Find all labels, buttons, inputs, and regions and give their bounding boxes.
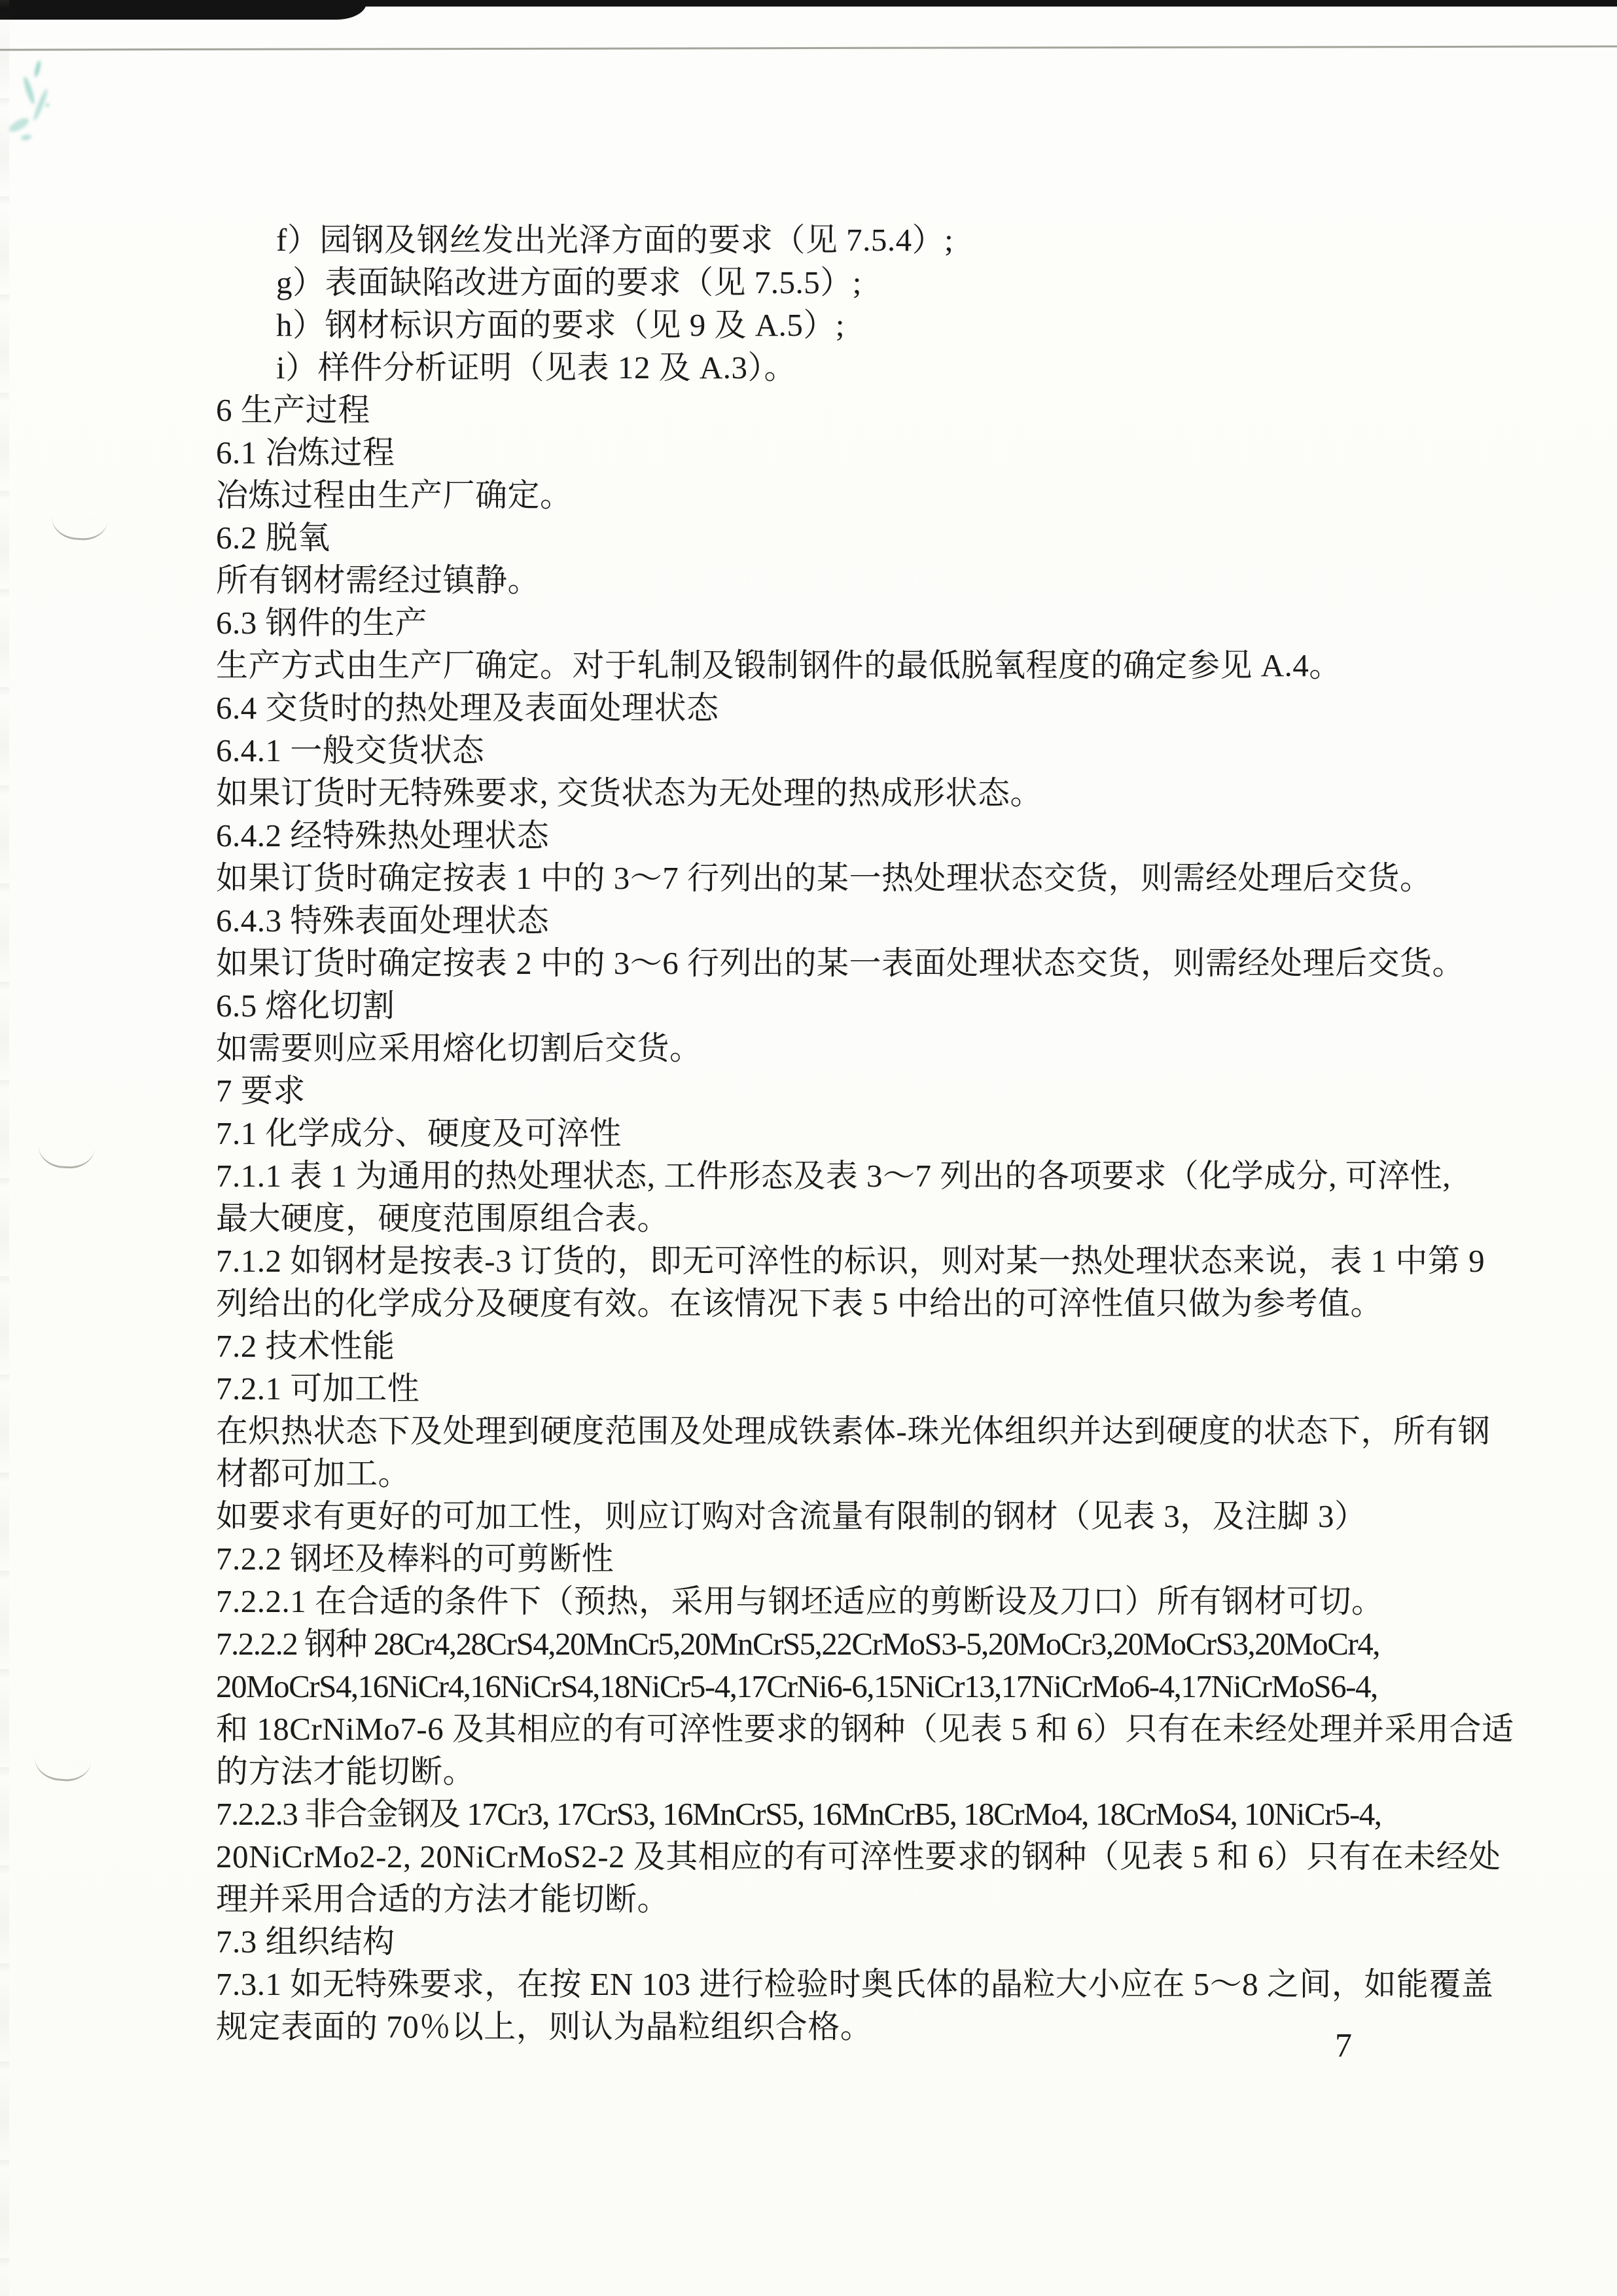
paragraph-7-1-1-line-2: 最大硬度，硬度范围原组合表。 — [216, 1197, 1446, 1240]
paragraph-6-5: 如需要则应采用熔化切割后交货。 — [216, 1027, 1446, 1069]
section-6-3-heading: 6.3 钢件的生产 — [216, 601, 1446, 644]
left-edge-noise — [0, 0, 9, 2296]
paragraph-7-2-1-line-1: 在炽热状态下及处理到硬度范围及处理成铁素体-珠光体组织并达到硬度的状态下，所有钢 — [216, 1410, 1446, 1452]
paragraph-6-1: 冶炼过程由生产厂确定。 — [216, 474, 1446, 516]
paragraph-6-2: 所有钢材需经过镇静。 — [216, 559, 1446, 601]
section-7-1-heading: 7.1 化学成分、硬度及可淬性 — [216, 1112, 1446, 1155]
section-6-1-heading: 6.1 冶炼过程 — [216, 431, 1446, 474]
paragraph-7-2-2-2-line-3: 和 18CrNiMo7-6 及其相应的有可淬性要求的钢种（见表 5 和 6）只有… — [216, 1708, 1446, 1750]
section-6-5-heading: 6.5 熔化切割 — [216, 984, 1446, 1027]
section-6-2-heading: 6.2 脱氧 — [216, 516, 1446, 559]
section-6-4-heading: 6.4 交货时的热处理及表面处理状态 — [216, 687, 1446, 729]
section-7-heading: 7 要求 — [216, 1069, 1446, 1112]
paragraph-7-2-2-3-line-2: 20NiCrMo2-2, 20NiCrMoS2-2 及其相应的有可淬性要求的钢种… — [216, 1835, 1446, 1878]
paragraph-7-2-2-2-line-4: 的方法才能切断。 — [216, 1750, 1446, 1793]
page-number: 7 — [1335, 2026, 1352, 2066]
paragraph-7-2-2-3-line-1: 7.2.2.3 非合金钢及 17Cr3, 17CrS3, 16MnCrS5, 1… — [216, 1793, 1446, 1835]
ink-smudge-mark — [4, 58, 66, 156]
page-curl-mark-2 — [37, 1145, 95, 1170]
paragraph-7-2-2-2-line-1: 7.2.2.2 钢种 28Cr4,28CrS4,20MnCr5,20MnCrS5… — [216, 1623, 1446, 1665]
paragraph-7-2-1-line-2: 材都可加工。 — [216, 1452, 1446, 1495]
section-7-2-1-heading: 7.2.1 可加工性 — [216, 1367, 1446, 1410]
scan-top-corner-right — [1421, 0, 1617, 4]
section-7-3-heading: 7.3 组织结构 — [216, 1920, 1446, 1963]
paragraph-7-3-1-line-1: 7.3.1 如无特殊要求，在按 EN 103 进行检验时奥氏体的晶粒大小应在 5… — [216, 1963, 1446, 2005]
paragraph-6-4-3: 如果订货时确定按表 2 中的 3～6 行列出的某一表面处理状态交货，则需经处理后… — [216, 942, 1446, 984]
scanned-document-page: f）园钢及钢丝发出光泽方面的要求（见 7.5.4）; g）表面缺陷改进方面的要求… — [0, 0, 1617, 2296]
scan-top-corner-left — [0, 0, 366, 20]
section-6-4-1-heading: 6.4.1 一般交货状态 — [216, 729, 1446, 772]
list-item-f: f）园钢及钢丝发出光泽方面的要求（见 7.5.4）; — [216, 219, 1446, 261]
section-6-4-2-heading: 6.4.2 经特殊热处理状态 — [216, 814, 1446, 857]
paragraph-7-3-1-line-2: 规定表面的 70％以上，则认为晶粒组织合格。 — [216, 2005, 1446, 2048]
section-7-2-heading: 7.2 技术性能 — [216, 1325, 1446, 1367]
page-curl-mark-1 — [50, 516, 108, 542]
paragraph-7-1-2-line-1: 7.1.2 如钢材是按表-3 订货的，即无可淬性的标识，则对某一热处理状态来说，… — [216, 1240, 1446, 1282]
paragraph-7-2-2-3-line-3: 理并采用合适的方法才能切断。 — [216, 1878, 1446, 1920]
section-6-heading: 6 生产过程 — [216, 389, 1446, 431]
section-6-4-3-heading: 6.4.3 特殊表面处理状态 — [216, 899, 1446, 942]
list-item-g: g）表面缺陷改进方面的要求（见 7.5.5）; — [216, 261, 1446, 304]
document-body: f）园钢及钢丝发出光泽方面的要求（见 7.5.4）; g）表面缺陷改进方面的要求… — [216, 219, 1446, 2048]
paragraph-6-4-1: 如果订货时无特殊要求, 交货状态为无处理的热成形状态。 — [216, 772, 1446, 814]
paragraph-7-2-2-2-line-2: 20MoCrS4,16NiCr4,16NiCrS4,18NiCr5-4,17Cr… — [216, 1665, 1446, 1708]
list-item-i: i）样件分析证明（见表 12 及 A.3）。 — [216, 346, 1446, 389]
section-7-2-2-heading: 7.2.2 钢坯及棒料的可剪断性 — [216, 1537, 1446, 1580]
page-curl-mark-3 — [33, 1757, 92, 1783]
paragraph-6-4-2: 如果订货时确定按表 1 中的 3～7 行列出的某一热处理状态交货，则需经处理后交… — [216, 857, 1446, 899]
paragraph-7-2-1-line-3: 如要求有更好的可加工性，则应订购对含流量有限制的钢材（见表 3，及注脚 3） — [216, 1495, 1446, 1537]
paragraph-7-1-2-line-2: 列给出的化学成分及硬度有效。在该情况下表 5 中给出的可淬性值只做为参考值。 — [216, 1282, 1446, 1325]
paragraph-6-3: 生产方式由生产厂确定。对于轧制及锻制钢件的最低脱氧程度的确定参见 A.4。 — [216, 644, 1446, 687]
page-edge-line — [0, 45, 1617, 50]
paragraph-7-1-1-line-1: 7.1.1 表 1 为通用的热处理状态, 工件形态及表 3～7 列出的各项要求（… — [216, 1155, 1446, 1197]
paragraph-7-2-2-1: 7.2.2.1 在合适的条件下（预热，采用与钢坯适应的剪断设及刀口）所有钢材可切… — [216, 1580, 1446, 1623]
list-item-h: h）钢材标识方面的要求（见 9 及 A.5）; — [216, 304, 1446, 346]
